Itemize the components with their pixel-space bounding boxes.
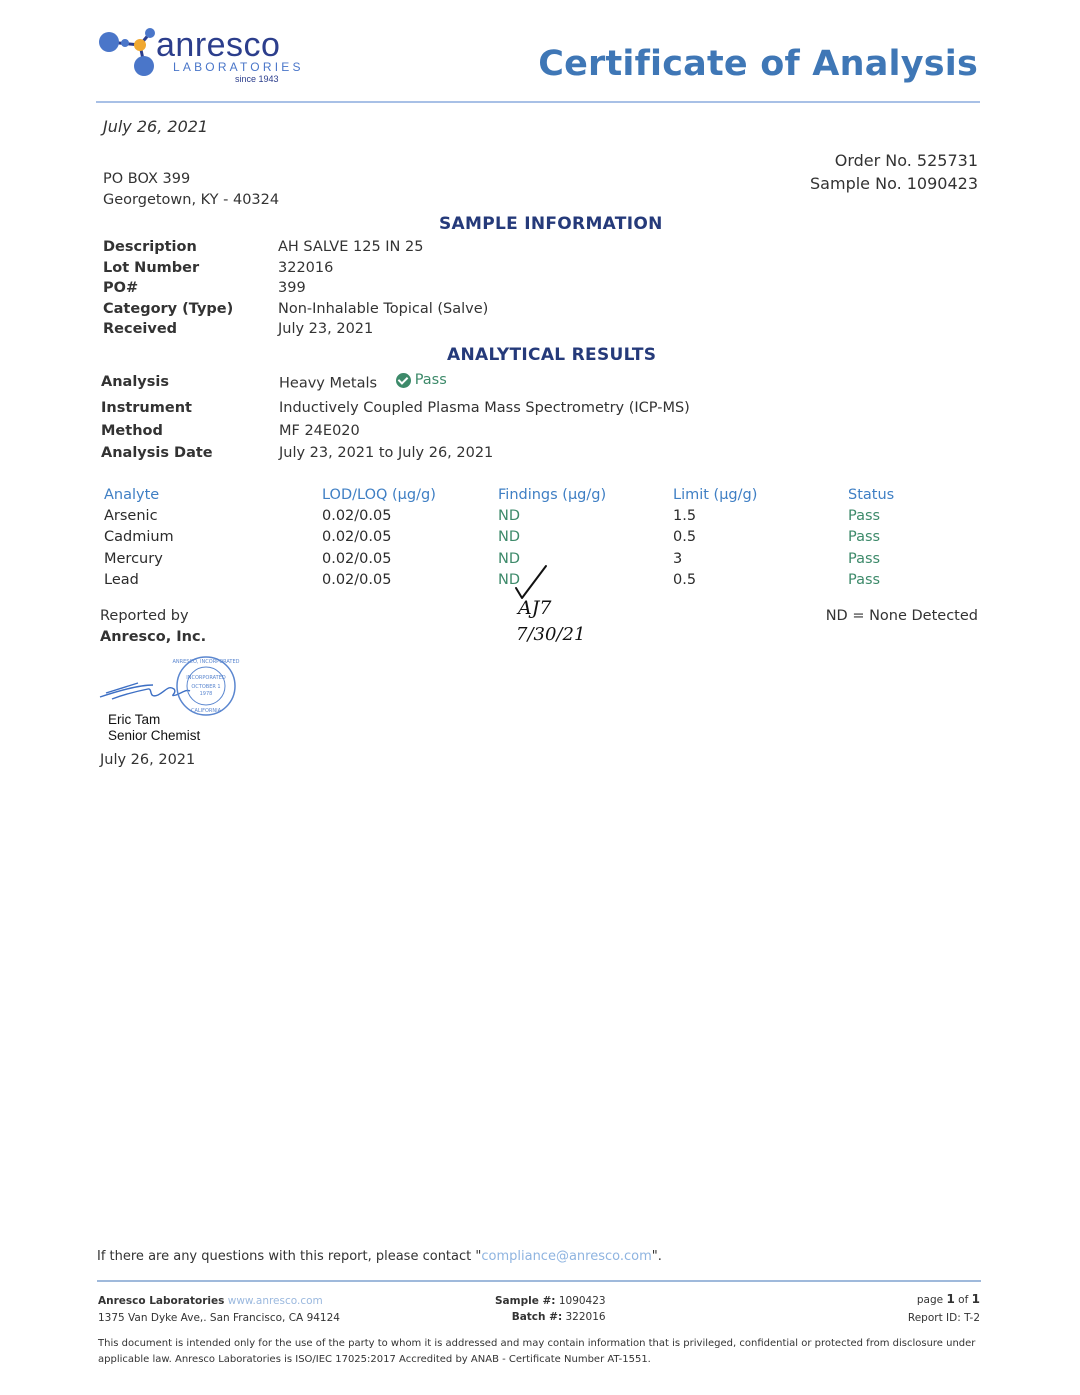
cell-findings: ND xyxy=(498,529,673,545)
field-value: 399 xyxy=(278,280,306,296)
svg-text:1978: 1978 xyxy=(200,691,213,697)
header-divider xyxy=(96,101,980,103)
reported-by-label: Reported by xyxy=(100,606,206,627)
cell-limit: 0.5 xyxy=(673,529,848,545)
footer-website-link[interactable]: www.anresco.com xyxy=(228,1295,323,1307)
cell-limit: 3 xyxy=(673,551,848,567)
page-indicator: page 1 of 1 xyxy=(908,1290,980,1309)
cell-analyte: Mercury xyxy=(104,551,322,567)
footer-sample-value: 1090423 xyxy=(559,1295,606,1307)
contact-suffix: ". xyxy=(652,1249,662,1264)
svg-text:ANRESCO, INCORPORATED: ANRESCO, INCORPORATED xyxy=(172,659,239,665)
footer-company: Anresco Laboratories www.anresco.com 137… xyxy=(98,1293,340,1327)
analysis-fields: Analysis Heavy Metals Pass Instrument In… xyxy=(101,370,690,465)
signer-name: Eric Tam xyxy=(108,712,200,728)
field-value: AH SALVE 125 IN 25 xyxy=(278,239,423,255)
field-label: Category (Type) xyxy=(103,301,278,317)
report-id: Report ID: T-2 xyxy=(908,1309,980,1327)
report-date: July 26, 2021 xyxy=(103,117,208,136)
column-header-analyte: Analyte xyxy=(104,487,322,503)
cell-analyte: Cadmium xyxy=(104,529,322,545)
field-value: July 23, 2021 to July 26, 2021 xyxy=(279,445,493,461)
table-header: Analyte LOD/LOQ (µg/g) Findings (µg/g) L… xyxy=(104,484,988,505)
cell-analyte: Arsenic xyxy=(104,508,322,524)
cell-lod-loq: 0.02/0.05 xyxy=(322,508,498,524)
field-value: MF 24E020 xyxy=(279,423,360,439)
document-title: Certificate of Analysis xyxy=(538,44,978,84)
field-value: 322016 xyxy=(278,260,333,276)
signer: Eric Tam Senior Chemist xyxy=(108,712,200,744)
sample-information-fields: Description AH SALVE 125 IN 25 Lot Numbe… xyxy=(103,237,488,340)
column-header-limit: Limit (µg/g) xyxy=(673,487,848,503)
cell-lod-loq: 0.02/0.05 xyxy=(322,572,498,588)
field-value: Inductively Coupled Plasma Mass Spectrom… xyxy=(279,400,690,416)
logo-since: since 1943 xyxy=(235,74,279,84)
cell-status: Pass xyxy=(848,551,988,567)
handwritten-annotation: AJ7 7/30/21 xyxy=(506,562,596,652)
cell-status: Pass xyxy=(848,572,988,588)
logo-subtitle: LABORATORIES xyxy=(173,60,304,74)
contact-prefix: If there are any questions with this rep… xyxy=(97,1249,481,1264)
nd-legend: ND = None Detected xyxy=(826,608,978,624)
signoff-date: July 26, 2021 xyxy=(100,752,195,768)
column-header-lod-loq: LOD/LOQ (µg/g) xyxy=(322,487,498,503)
handwritten-initials: AJ7 xyxy=(516,597,552,619)
field-value: July 23, 2021 xyxy=(278,321,373,337)
field-analysis: Analysis Heavy Metals Pass xyxy=(101,370,690,394)
field-value: Heavy Metals Pass xyxy=(279,372,447,392)
footer-batch-value: 322016 xyxy=(566,1311,606,1323)
contact-line: If there are any questions with this rep… xyxy=(97,1249,662,1264)
field-instrument: Instrument Inductively Coupled Plasma Ma… xyxy=(101,397,690,420)
signature-and-seal: INCORPORATED OCTOBER 1 1978 CALIFORNIA A… xyxy=(98,655,243,717)
field-label: Description xyxy=(103,239,278,255)
cell-lod-loq: 0.02/0.05 xyxy=(322,551,498,567)
footer-sample-label: Sample #: xyxy=(495,1295,555,1307)
table-row: Cadmium 0.02/0.05 ND 0.5 Pass xyxy=(104,527,988,548)
analysis-status-text: Pass xyxy=(415,372,447,388)
svg-text:INCORPORATED: INCORPORATED xyxy=(186,675,226,681)
footer-page-info: page 1 of 1 Report ID: T-2 xyxy=(908,1290,980,1327)
field-label: Analysis Date xyxy=(101,445,279,461)
analysis-type: Heavy Metals xyxy=(279,376,377,392)
cell-limit: 0.5 xyxy=(673,572,848,588)
logo-wordmark: anresco xyxy=(156,28,280,62)
table-row: Arsenic 0.02/0.05 ND 1.5 Pass xyxy=(104,505,988,526)
field-label: Method xyxy=(101,423,279,439)
field-lot-number: Lot Number 322016 xyxy=(103,258,488,279)
footer-company-name: Anresco Laboratories xyxy=(98,1295,224,1307)
footer-divider xyxy=(97,1280,981,1282)
column-header-status: Status xyxy=(848,487,988,503)
field-analysis-date: Analysis Date July 23, 2021 to July 26, … xyxy=(101,442,690,465)
footer-sample-batch: Sample #: 1090423 Batch #: 322016 xyxy=(495,1293,606,1325)
field-label: Instrument xyxy=(101,400,279,416)
analysis-status: Pass xyxy=(396,372,447,388)
field-po: PO# 399 xyxy=(103,278,488,299)
address-line-1: PO BOX 399 xyxy=(103,169,279,190)
cell-status: Pass xyxy=(848,529,988,545)
field-label: Received xyxy=(103,321,278,337)
field-description: Description AH SALVE 125 IN 25 xyxy=(103,237,488,258)
signer-title: Senior Chemist xyxy=(108,728,200,744)
footer-batch-label: Batch #: xyxy=(512,1311,562,1323)
field-category: Category (Type) Non-Inhalable Topical (S… xyxy=(103,299,488,320)
cell-limit: 1.5 xyxy=(673,508,848,524)
corporate-seal-icon: INCORPORATED OCTOBER 1 1978 CALIFORNIA A… xyxy=(172,657,239,715)
field-label: PO# xyxy=(103,280,278,296)
analytical-results-heading: ANALYTICAL RESULTS xyxy=(447,345,656,365)
sample-number: Sample No. 1090423 xyxy=(810,172,978,195)
field-label: Lot Number xyxy=(103,260,278,276)
reported-by: Reported by Anresco, Inc. xyxy=(100,606,206,648)
order-number: Order No. 525731 xyxy=(810,149,978,172)
field-received: Received July 23, 2021 xyxy=(103,319,488,340)
cell-status: Pass xyxy=(848,508,988,524)
reported-by-company: Anresco, Inc. xyxy=(100,627,206,648)
field-value: Non-Inhalable Topical (Salve) xyxy=(278,301,488,317)
column-header-findings: Findings (µg/g) xyxy=(498,487,673,503)
field-label: Analysis xyxy=(101,374,279,390)
handwritten-date: 7/30/21 xyxy=(516,624,585,645)
svg-text:OCTOBER 1: OCTOBER 1 xyxy=(191,684,220,690)
cell-lod-loq: 0.02/0.05 xyxy=(322,529,498,545)
cell-analyte: Lead xyxy=(104,572,322,588)
sample-information-heading: SAMPLE INFORMATION xyxy=(439,214,663,234)
address-line-2: Georgetown, KY - 40324 xyxy=(103,190,279,211)
disclaimer: This document is intended only for the u… xyxy=(98,1336,983,1367)
contact-email-link[interactable]: compliance@anresco.com xyxy=(481,1249,651,1264)
footer-address: 1375 Van Dyke Ave,. San Francisco, CA 94… xyxy=(98,1310,340,1327)
client-address: PO BOX 399 Georgetown, KY - 40324 xyxy=(103,169,279,211)
anresco-logo: anresco LABORATORIES since 1943 xyxy=(98,26,308,88)
check-circle-icon xyxy=(396,373,411,388)
cell-findings: ND xyxy=(498,508,673,524)
order-info: Order No. 525731 Sample No. 1090423 xyxy=(810,149,978,195)
field-method: Method MF 24E020 xyxy=(101,420,690,443)
